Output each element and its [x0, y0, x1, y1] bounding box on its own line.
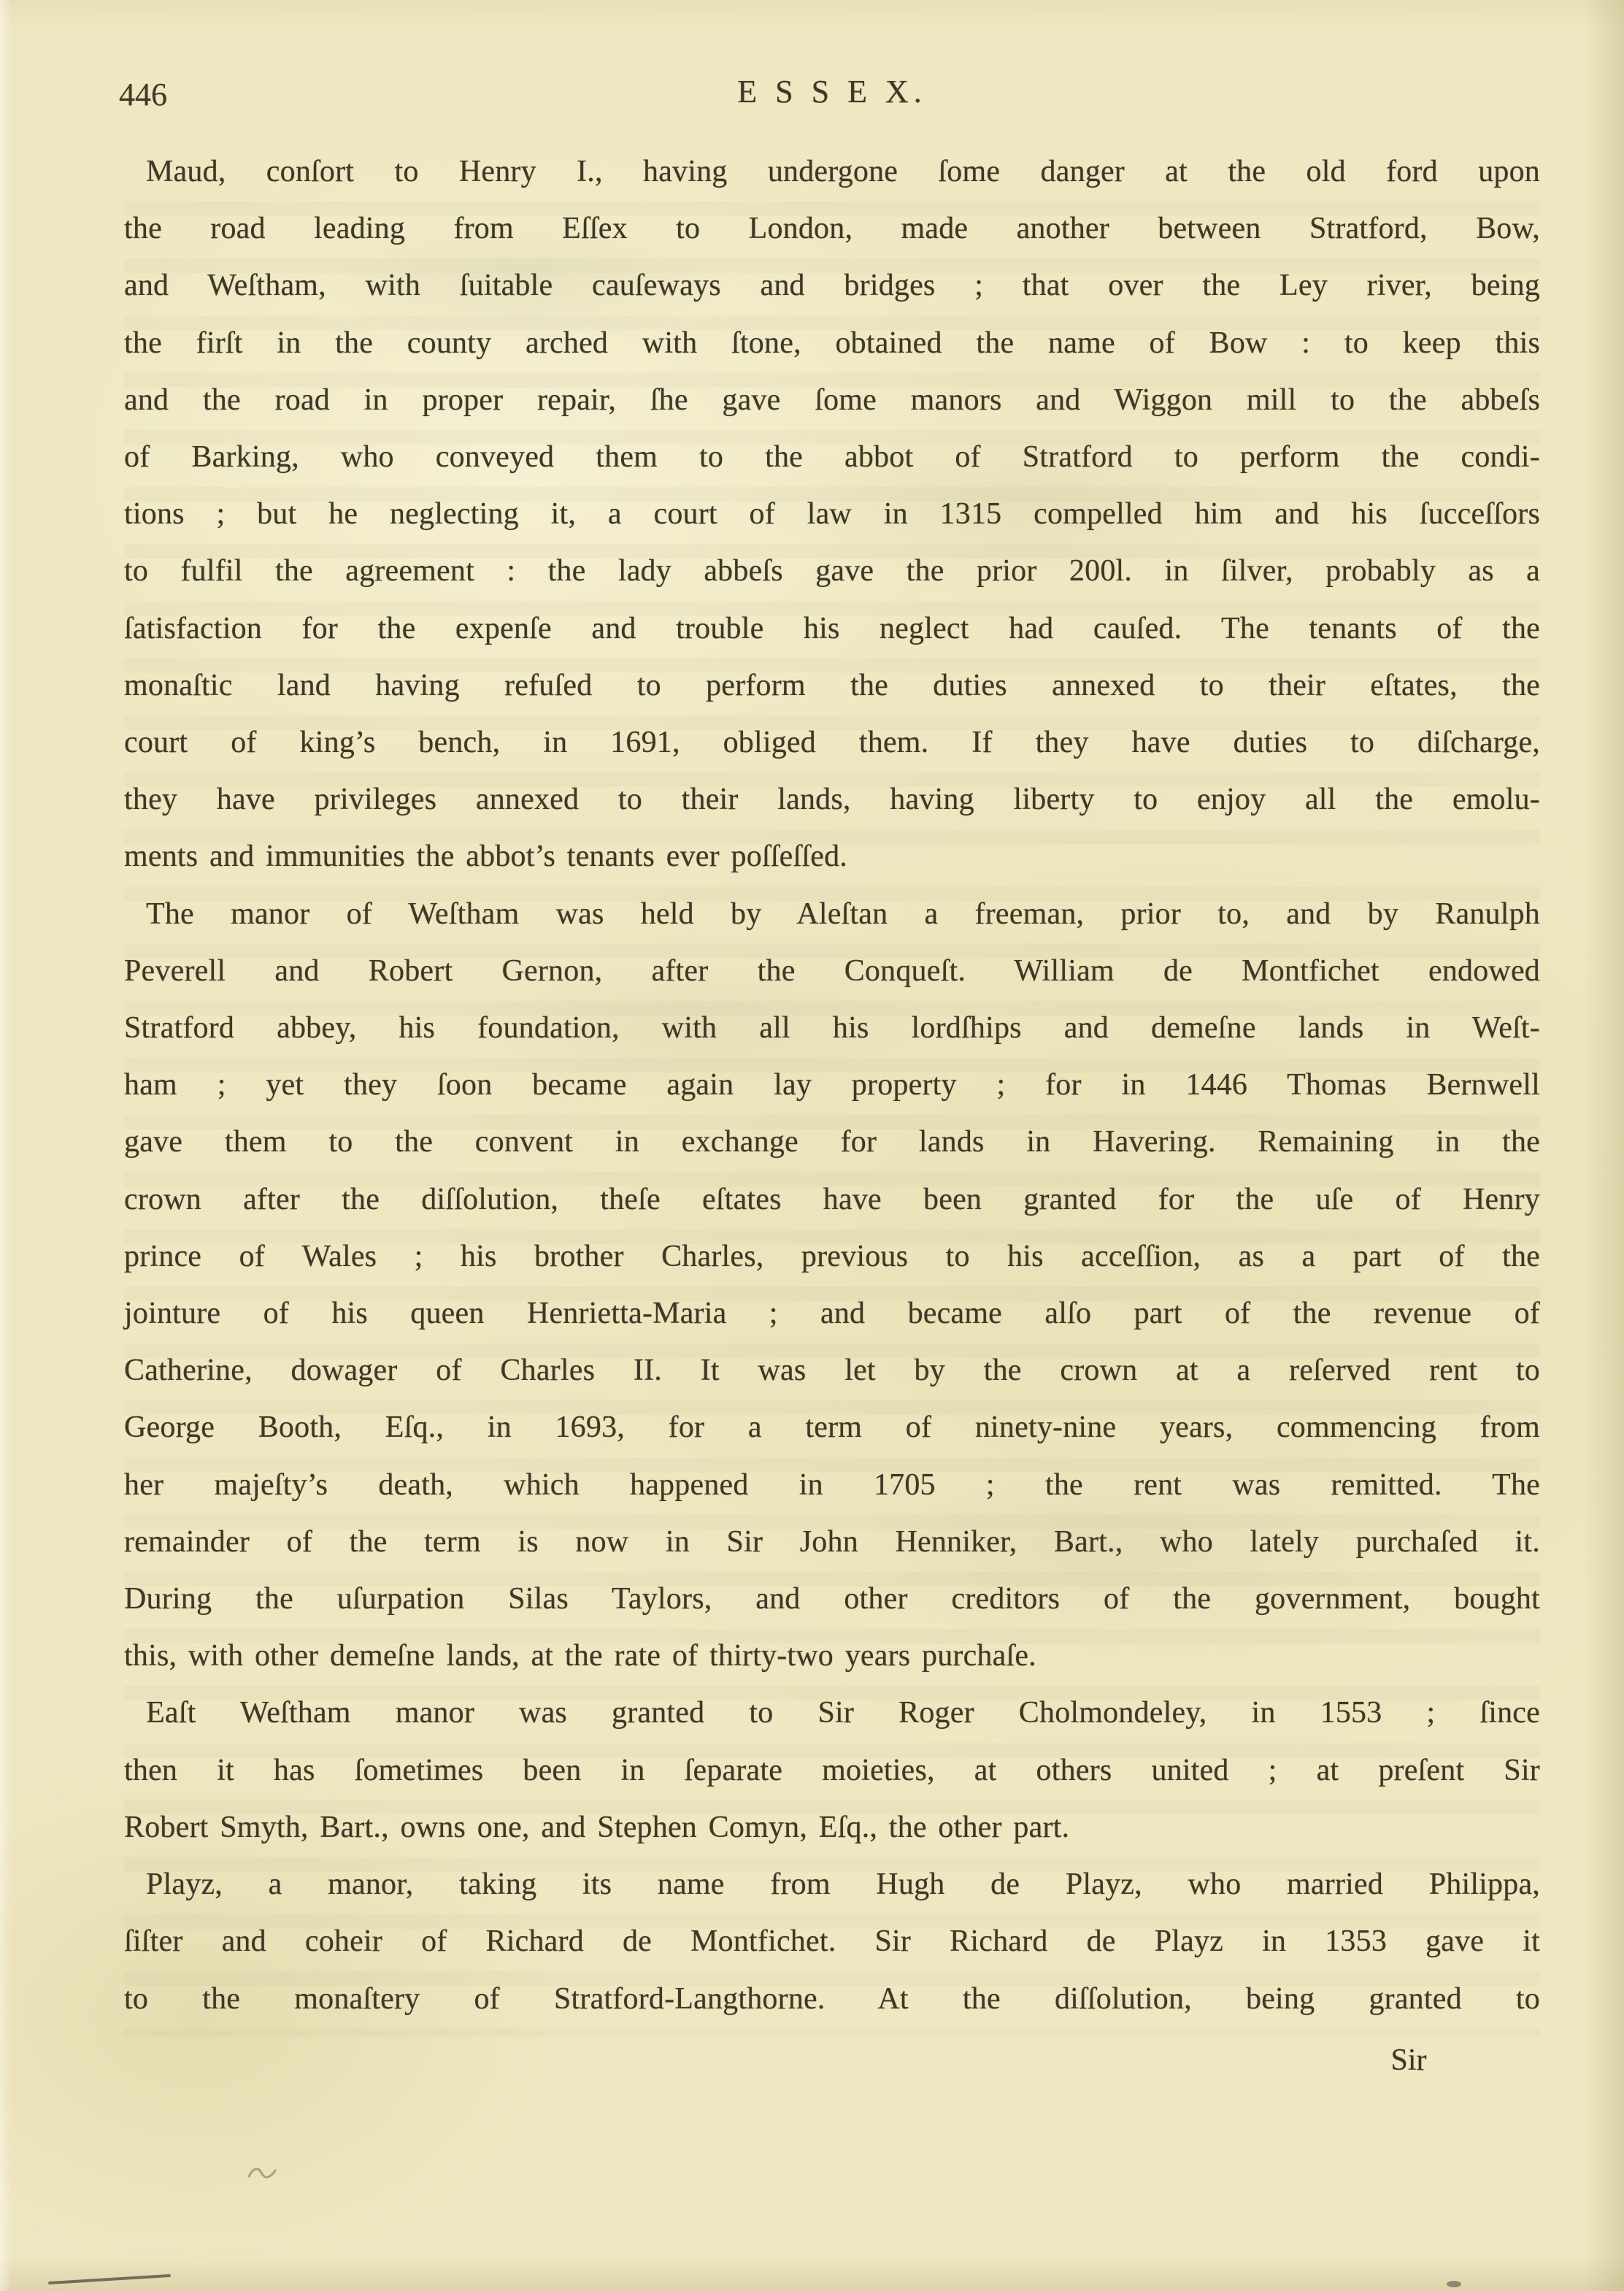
- catchword: Sir: [1358, 2043, 1460, 2078]
- paragraph: Playz, a manor, taking its name from Hug…: [124, 1856, 1540, 2027]
- paragraph: Eaſt Weſtham manor was granted to Sir Ro…: [124, 1684, 1540, 1856]
- pen-mark: [247, 2165, 277, 2184]
- text-line: the road leading from Eſſex to London, m…: [124, 200, 1540, 257]
- text-line: tions ; but he neglecting it, a court of…: [124, 486, 1540, 542]
- text-line: monaſtic land having refuſed to perform …: [124, 657, 1540, 714]
- text-line: jointure of his queen Henrietta-Maria ; …: [124, 1285, 1540, 1342]
- text-line: this, with other demeſne lands, at the r…: [124, 1627, 1540, 1684]
- text-line: her majeſty’s death, which happened in 1…: [124, 1457, 1540, 1513]
- text-line: and Weſtham, with ſuitable cauſeways and…: [124, 257, 1540, 314]
- text-line: they have privileges annexed to their la…: [124, 771, 1540, 828]
- text-line: crown after the diſſolution, theſe eſtat…: [124, 1171, 1540, 1228]
- text-line: then it has ſometimes been in ſeparate m…: [124, 1742, 1540, 1799]
- text-line: ments and immunities the abbot’s tenants…: [124, 828, 1540, 885]
- text-line: The manor of Weſtham was held by Aleſtan…: [124, 886, 1540, 943]
- text-line: gave them to the convent in exchange for…: [124, 1113, 1540, 1170]
- text-line: of Barking, who conveyed them to the abb…: [124, 429, 1540, 486]
- text-line: George Booth, Eſq., in 1693, for a term …: [124, 1399, 1540, 1456]
- text-line: Maud, conſort to Henry I., having underg…: [124, 143, 1540, 200]
- text-line: Stratford abbey, his foundation, with al…: [124, 999, 1540, 1056]
- text-line: ſatisfaction for the expenſe and trouble…: [124, 600, 1540, 657]
- running-title: E S S E X.: [124, 73, 1540, 110]
- text-block: Maud, conſort to Henry I., having underg…: [124, 143, 1540, 2027]
- scan-spot-artifact: [1447, 2281, 1461, 2287]
- text-line: Playz, a manor, taking its name from Hug…: [124, 1856, 1540, 1913]
- text-line: ſiſter and coheir of Richard de Montfich…: [124, 1913, 1540, 1970]
- text-line: During the uſurpation Silas Taylors, and…: [124, 1570, 1540, 1627]
- text-line: ham ; yet they ſoon became again lay pro…: [124, 1056, 1540, 1113]
- text-line: Robert Smyth, Bart., owns one, and Steph…: [124, 1799, 1540, 1856]
- text-line: and the road in proper repair, ſhe gave …: [124, 372, 1540, 429]
- scanned-page-background: 446 E S S E X. Maud, conſort to Henry I.…: [0, 0, 1624, 2291]
- text-line: Catherine, dowager of Charles II. It was…: [124, 1342, 1540, 1399]
- text-line: to fulfil the agreement : the lady abbeſ…: [124, 542, 1540, 599]
- text-line: Peverell and Robert Gernon, after the Co…: [124, 943, 1540, 999]
- paragraph: Maud, conſort to Henry I., having underg…: [124, 143, 1540, 886]
- text-line: the firſt in the county arched with ſton…: [124, 315, 1540, 372]
- text-line: prince of Wales ; his brother Charles, p…: [124, 1228, 1540, 1285]
- paragraph: The manor of Weſtham was held by Aleſtan…: [124, 886, 1540, 1685]
- scan-edge-artifact: [48, 2274, 171, 2284]
- text-line: Eaſt Weſtham manor was granted to Sir Ro…: [124, 1684, 1540, 1741]
- text-line: to the monaſtery of Stratford-Langthorne…: [124, 1970, 1540, 2027]
- text-line: court of king’s bench, in 1691, obliged …: [124, 714, 1540, 771]
- text-line: remainder of the term is now in Sir John…: [124, 1513, 1540, 1570]
